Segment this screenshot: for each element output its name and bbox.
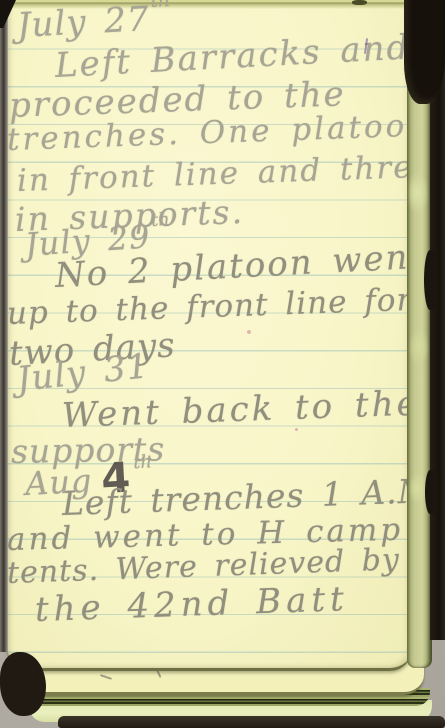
cover-edge-bump (425, 470, 435, 514)
notebook-binding-left-edge (0, 0, 8, 652)
stray-ink-mark (295, 428, 298, 431)
dark-speck (352, 0, 367, 5)
ordinal-suffix: th (150, 0, 171, 12)
notebook-cover-top-right-corner (404, 0, 445, 104)
right-page-edge-stack (407, 26, 432, 668)
cover-edge-bump (424, 250, 436, 310)
handwritten-line: Went back to the (61, 384, 420, 436)
diary-page: July 27th Left Barracks and proceeded to… (7, 0, 412, 671)
ordinal-suffix: th (151, 210, 171, 231)
stray-ink-mark (247, 330, 251, 334)
ordinal-suffix: th (133, 452, 152, 473)
notebook-cover-bottom-edge (58, 716, 445, 728)
date-text: July 27 (16, 0, 151, 46)
handwritten-date-line: July 27th (16, 0, 172, 46)
handwritten-line: in front line and three (16, 148, 434, 199)
scanned-notebook-photo: July 27th Left Barracks and proceeded to… (0, 0, 445, 728)
